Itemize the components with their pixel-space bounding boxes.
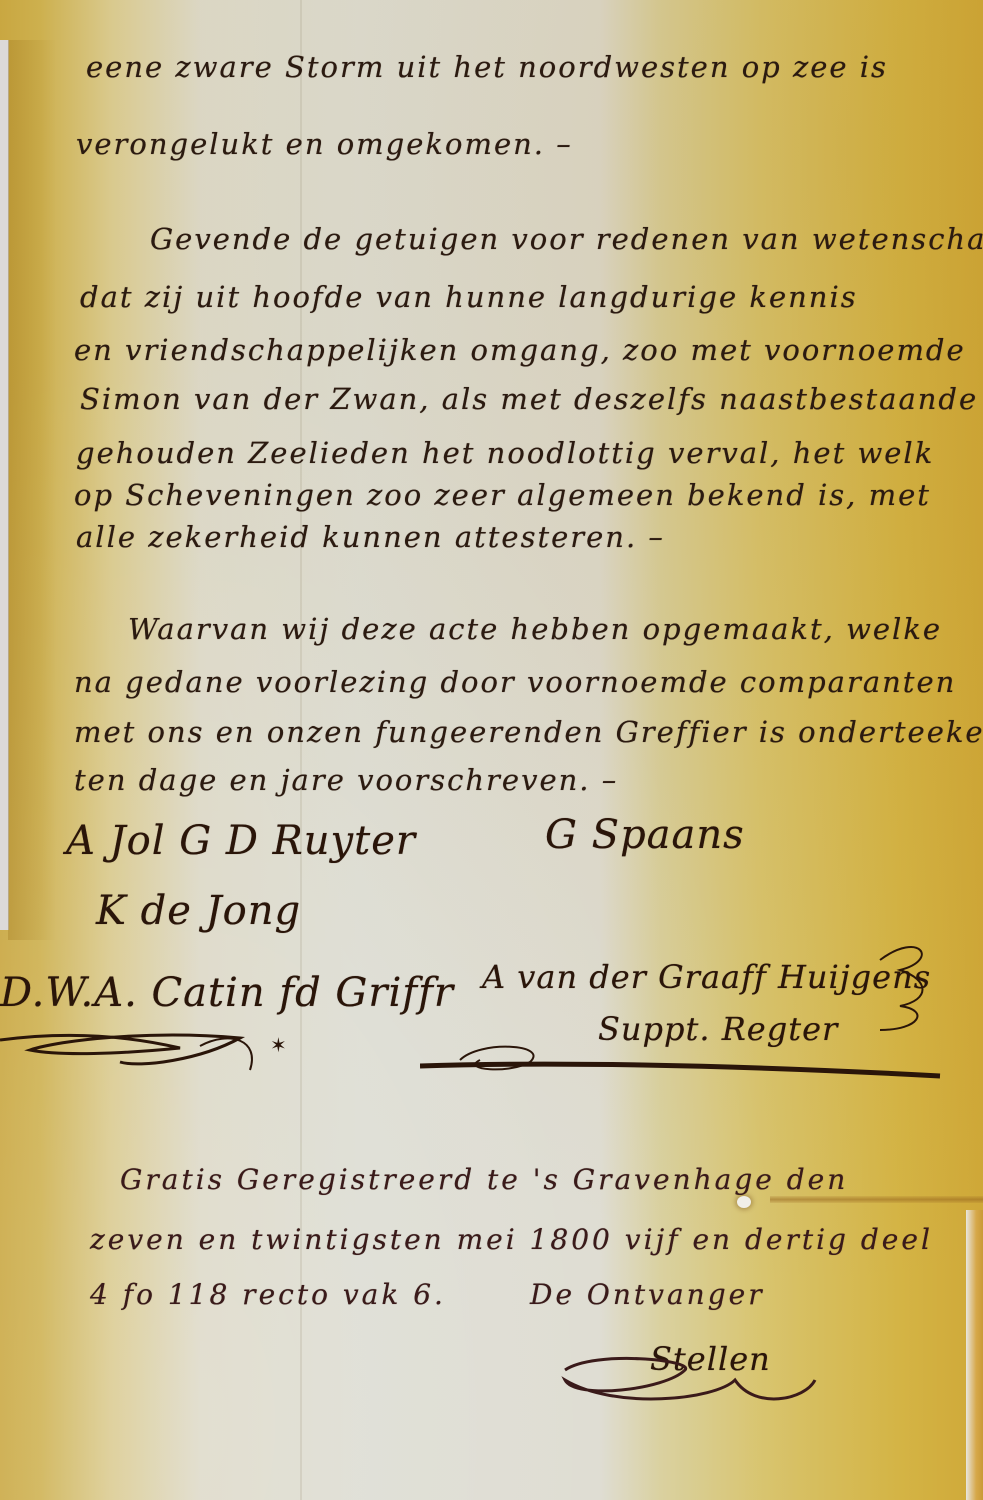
text-line: gehouden Zeelieden het noodlottig verval… xyxy=(76,436,934,470)
text-line: Gevende de getuigen voor redenen van wet… xyxy=(150,222,983,256)
griffier-flourish-icon: ✶ xyxy=(0,1010,420,1080)
paper-stain-shadow xyxy=(8,40,56,940)
signature-witness-3: K de Jong xyxy=(96,888,301,934)
receiver-flourish-icon xyxy=(555,1340,835,1420)
text-line: dat zij uit hoofde van hunne langdurige … xyxy=(80,280,858,314)
judge-paraph-icon xyxy=(870,920,940,1040)
signature-witness-1: A Jol G D Ruyter xyxy=(66,818,416,864)
signature-judge: A van der Graaff Huijgens xyxy=(482,958,931,996)
text-line: en vriendschappelijken omgang, zoo met v… xyxy=(74,333,966,367)
horizontal-crease xyxy=(770,1196,983,1203)
signature-witness-2: G Spaans xyxy=(545,812,745,858)
registration-line: Gratis Geregistreerd te 's Gravenhage de… xyxy=(120,1163,848,1196)
text-line: Waarvan wij deze acte hebben opgemaakt, … xyxy=(128,612,942,646)
text-line: verongelukt en omgekomen. – xyxy=(76,127,573,161)
svg-text:✶: ✶ xyxy=(270,1033,287,1057)
receiver-title: De Ontvanger xyxy=(530,1278,765,1311)
text-line: ten dage en jare voorschreven. – xyxy=(74,763,618,797)
text-line: eene zware Storm uit het noordwesten op … xyxy=(86,50,888,84)
paper-hole xyxy=(737,1196,751,1208)
registration-line: zeven en twintigsten mei 1800 vijf en de… xyxy=(90,1223,933,1256)
text-line: op Scheveningen zoo zeer algemeen bekend… xyxy=(74,478,931,512)
torn-paper-edge xyxy=(966,1210,983,1500)
text-line: na gedane voorlezing door voornoemde com… xyxy=(74,665,956,699)
judge-underline-flourish-icon xyxy=(420,1040,960,1090)
registration-line: 4 fo 118 recto vak 6. xyxy=(90,1278,446,1311)
text-line: met ons en onzen fungeerenden Greffier i… xyxy=(74,715,983,749)
text-line: alle zekerheid kunnen attesteren. – xyxy=(76,520,665,554)
text-line: Simon van der Zwan, als met deszelfs naa… xyxy=(80,382,978,416)
